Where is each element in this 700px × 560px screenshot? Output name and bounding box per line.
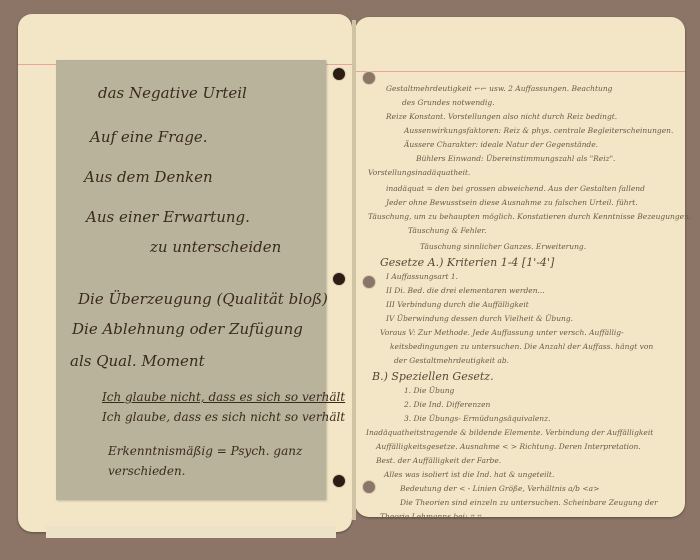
note-line: Jeder ohne Bewusstsein diese Ausnahme zu… <box>386 198 638 207</box>
note-line: Theorie Lehmanns bei: ⌗ ⌗. <box>380 512 483 522</box>
note-line: Reize Konstant. Vorstellungen also nicht… <box>386 112 617 121</box>
note-line: Best. der Auffälligkeit der Farbe. <box>376 456 501 465</box>
note-line: Täuschung, um zu behaupten möglich. Kons… <box>368 212 691 221</box>
note-line: 3. Die Übungs- Ermüdungsäquivalenz. <box>404 414 550 423</box>
note-line: Voraus V: Zur Methode. Jede Auffassung u… <box>380 328 624 337</box>
note-line: Gestaltmehrdeutigkeit ⌐⌐ usw. 2 Auffassu… <box>386 84 612 93</box>
binder-hole <box>362 275 376 289</box>
note-line: I Auffassungsart 1. <box>386 272 458 281</box>
binder-hole <box>362 480 376 494</box>
note-line: IV Überwindung dessen durch Vielheit & Ü… <box>386 314 573 323</box>
card-line: verschieden. <box>108 464 186 478</box>
card-line: Ich glaube nicht, dass es sich so verhäl… <box>102 390 345 404</box>
binder-hole <box>332 272 346 286</box>
note-line: Inadäquatheitstragende & bildende Elemen… <box>366 428 653 437</box>
card-line: Auf eine Frage. <box>90 128 208 146</box>
note-line: Bühlers Einwand: Übereinstimmungszahl al… <box>416 154 615 163</box>
card-line: Erkenntnismäßig = Psych. ganz <box>108 444 302 458</box>
note-line: 2. Die Ind. Differenzen <box>404 400 490 409</box>
binder-hole <box>332 474 346 488</box>
note-line: 1. Die Übung <box>404 386 454 395</box>
card-line: Ich glaube, dass es sich nicht so verhäl… <box>102 410 345 424</box>
note-line: II Di. Bed. die drei elementaren werden.… <box>386 286 545 295</box>
note-line: Bedeutung der < - Linien Größe, Verhältn… <box>400 484 599 493</box>
note-line: Äussere Charakter: ideale Natur der Gege… <box>404 140 598 149</box>
note-line: Täuschung sinnlicher Ganzes. Erweiterung… <box>420 242 586 251</box>
margin-line <box>355 71 685 72</box>
note-line: III Verbindung durch die Auffälligkeit <box>386 300 529 309</box>
card-line: Aus einer Erwartung. <box>86 208 250 226</box>
note-line: Die Theorien sind einzeln zu untersuchen… <box>400 498 658 507</box>
card-line: Die Ablehnung oder Zufügung <box>72 320 303 338</box>
note-line: Gesetze A.) Kriterien 1-4 [1'-4'] <box>380 256 554 269</box>
card-line: als Qual. Moment <box>70 352 205 370</box>
note-line: des Grundes notwendig. <box>402 98 495 107</box>
note-line: Täuschung & Fehler. <box>408 226 487 235</box>
note-line: der Gestaltmehrdeutigkeit ab. <box>394 356 509 365</box>
note-line: Vorstellungsinadäquatheit. <box>368 168 470 177</box>
note-line: inadäquat = den bei grossen abweichend. … <box>386 184 645 193</box>
card-line: das Negative Urteil <box>98 84 247 102</box>
note-line: keitsbedingungen zu untersuchen. Die Anz… <box>390 342 653 351</box>
page-edge-under <box>46 526 336 538</box>
note-line: Aussenwirkungsfaktoren: Reiz & phys. cen… <box>404 126 673 135</box>
note-line: Alles was isoliert ist die Ind. hat & un… <box>384 470 554 479</box>
page-spine <box>352 20 356 520</box>
card-line: Die Überzeugung (Qualität bloß) <box>78 290 328 308</box>
note-line: Auffälligkeitsgesetze. Ausnahme < > Rich… <box>376 442 641 451</box>
binder-hole <box>362 71 376 85</box>
binder-hole <box>332 67 346 81</box>
card-line: zu unterscheiden <box>150 238 281 256</box>
card-line: Aus dem Denken <box>84 168 213 186</box>
handwritten-card: das Negative Urteil Auf eine Frage. Aus … <box>56 60 326 500</box>
note-line: B.) Speziellen Gesetz. <box>372 370 494 383</box>
